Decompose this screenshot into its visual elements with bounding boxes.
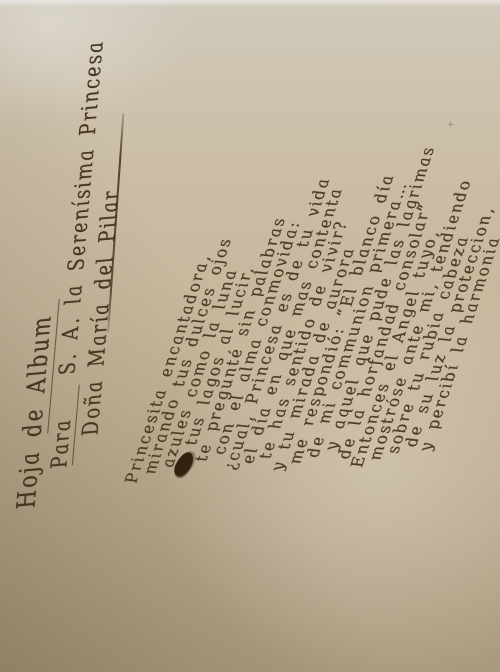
title-word-hoja: Hoja [12, 434, 47, 512]
title-block: Hoja de Album Para S. A. la Serenísima P… [12, 61, 136, 512]
paper-top-edge [0, 0, 500, 7]
title-word-para: Para [45, 385, 80, 472]
handwritten-text-block: Hoja de Album Para S. A. la Serenísima P… [12, 36, 500, 512]
poem-body: Princesita encantadora, mirando tus dulc… [115, 36, 500, 504]
manuscript-photo: Hoja de Album Para S. A. la Serenísima P… [0, 0, 500, 672]
stray-pencil-mark: + [447, 120, 455, 130]
